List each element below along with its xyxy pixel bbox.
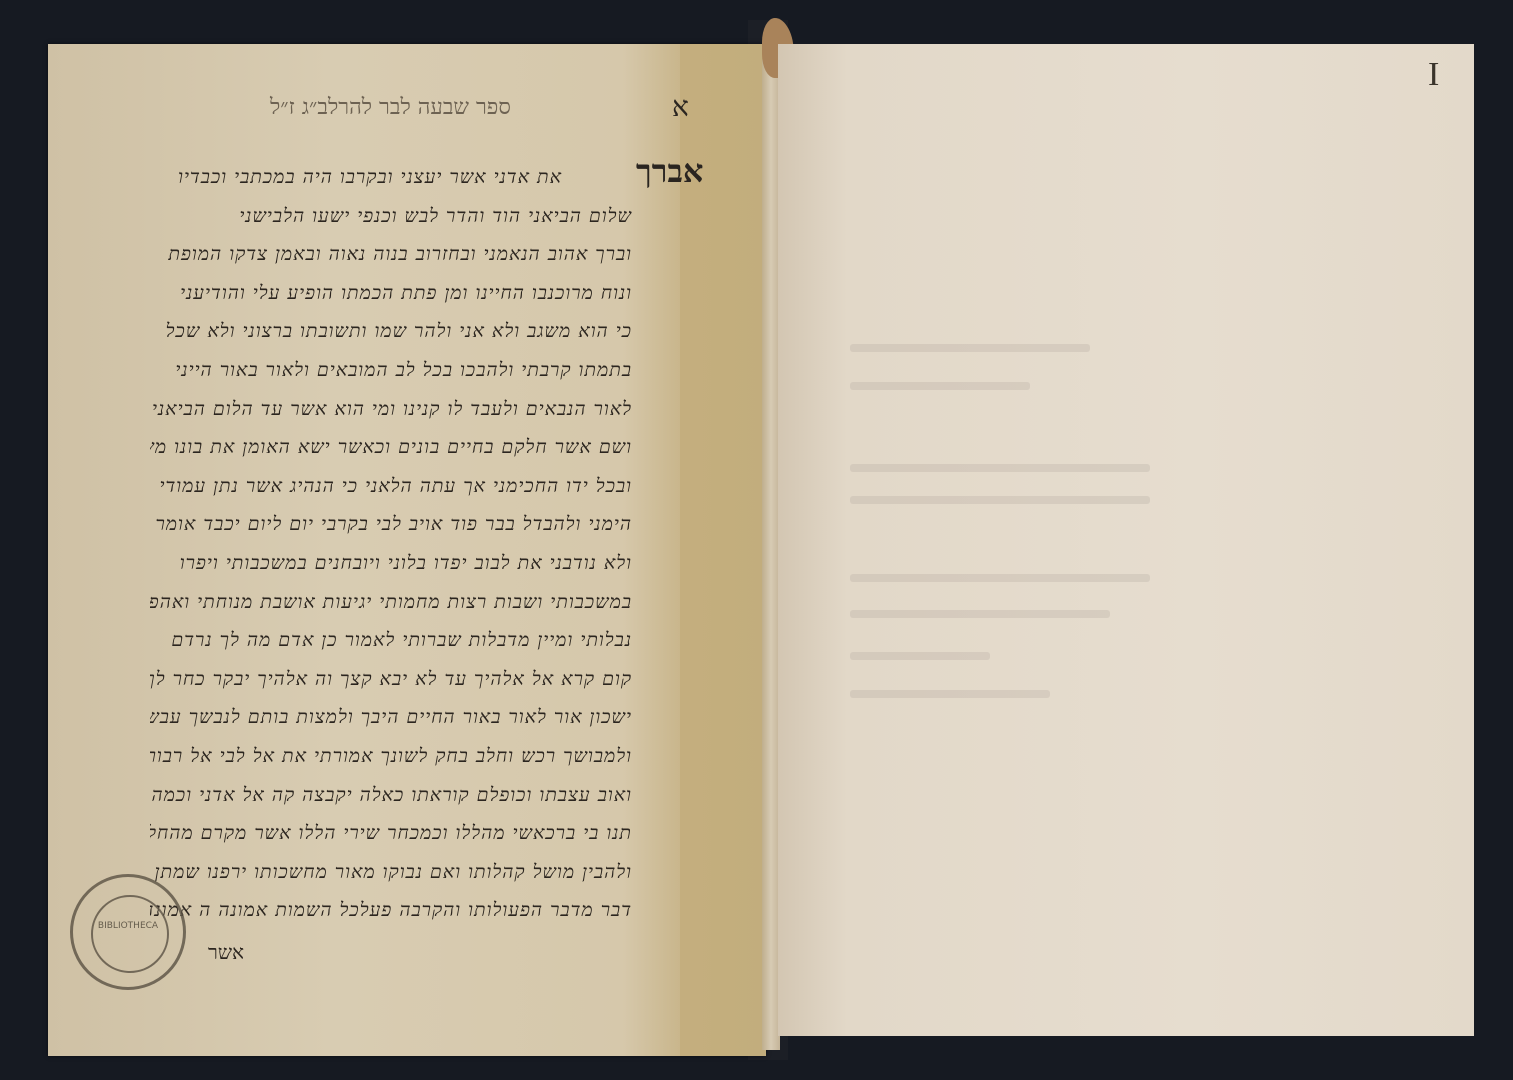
text-line: במשכבותי ושבות רצות מחמותי יגיעות אושבת … — [150, 583, 632, 622]
text-line: קום קרא אל אלהיך עד לא יבא קצך וה אלהיך … — [150, 660, 632, 699]
text-line: ושם אשר חלקם בחיים בונים וכאשר ישא האומן… — [150, 428, 632, 467]
text-line: לאור הנבאים ולעבד לו קנינו ומי הוא אשר ע… — [150, 390, 632, 429]
text-line: ישכון אור לאור באור החיים היבך ולמצות בו… — [150, 698, 632, 737]
stamp-text: BIBLIOTHECA — [73, 921, 183, 931]
text-line: תנו בי ברכאשי מהללו וכמכחר שירי הללו אשר… — [150, 814, 632, 853]
bleed-through — [850, 652, 990, 660]
page-stain — [680, 44, 766, 1056]
bleed-through — [850, 344, 1090, 352]
text-line: דבר מדבר הפעולותו והקרבה פעלכל השמות אמו… — [150, 891, 632, 930]
right-blank-page — [778, 44, 1474, 1036]
page-header-title: ספר שבעה לבר להרלב״ג ז״ל — [270, 94, 511, 120]
text-line: ולהבין מושל קהלותו ואם נבוקו מאור מחשכות… — [150, 853, 632, 892]
text-line: ובכל ידו החכימני אך עתה הלאני כי הנהיג א… — [150, 467, 632, 506]
text-line: ואוב עצבתו וכופלם קוראתו כאלה יקבצה קה א… — [150, 776, 632, 815]
text-line: שלום הביאני הוד והדר לבש וכנפי ישעו הלבי… — [150, 197, 632, 236]
catchword: אשר — [208, 940, 244, 965]
text-line: כי הוא משגב ולא אני ולהר שמו ותשובתו ברצ… — [150, 312, 632, 351]
text-line: ונוח מרוכנבו החיינו ומן פתת הכמתו הופיע … — [150, 274, 632, 313]
text-line: הימני ולהבדל בבר פוד אויב לבי בקרבי יום … — [150, 505, 632, 544]
bleed-through — [850, 690, 1050, 698]
stamp-inner-ring — [91, 895, 169, 973]
bleed-through — [850, 610, 1110, 618]
folio-mark: א — [672, 90, 689, 124]
text-line: בתמתו קרבתי ולהבכו בכל לב המובאים ולאור … — [150, 351, 632, 390]
manuscript-text-block: את אדני אשר יעצני ובקרבו היה במכתבי וכבד… — [150, 158, 632, 930]
opening-word: אברך — [636, 152, 703, 190]
text-line: ולמבושך רכש וחלב בחק לשונך אמורתי את אל … — [150, 737, 632, 776]
text-line: את אדני אשר יעצני ובקרבו היה במכתבי וכבד… — [150, 158, 632, 197]
bleed-through — [850, 382, 1030, 390]
folio-number: I — [1428, 56, 1439, 94]
text-line: ולא נודבני את לבוב יפדו בלוני ויובחנים ב… — [150, 544, 632, 583]
bleed-through — [850, 574, 1150, 582]
text-line: נבלותי ומיין מדבלות שברותי לאמור כן אדם … — [150, 621, 632, 660]
bleed-through — [850, 496, 1150, 504]
library-stamp: BIBLIOTHECA — [70, 874, 186, 990]
bleed-through — [850, 464, 1150, 472]
text-line: וברך אהוב הנאמני ובחזרוב בנוה נאוה ובאמן… — [150, 235, 632, 274]
